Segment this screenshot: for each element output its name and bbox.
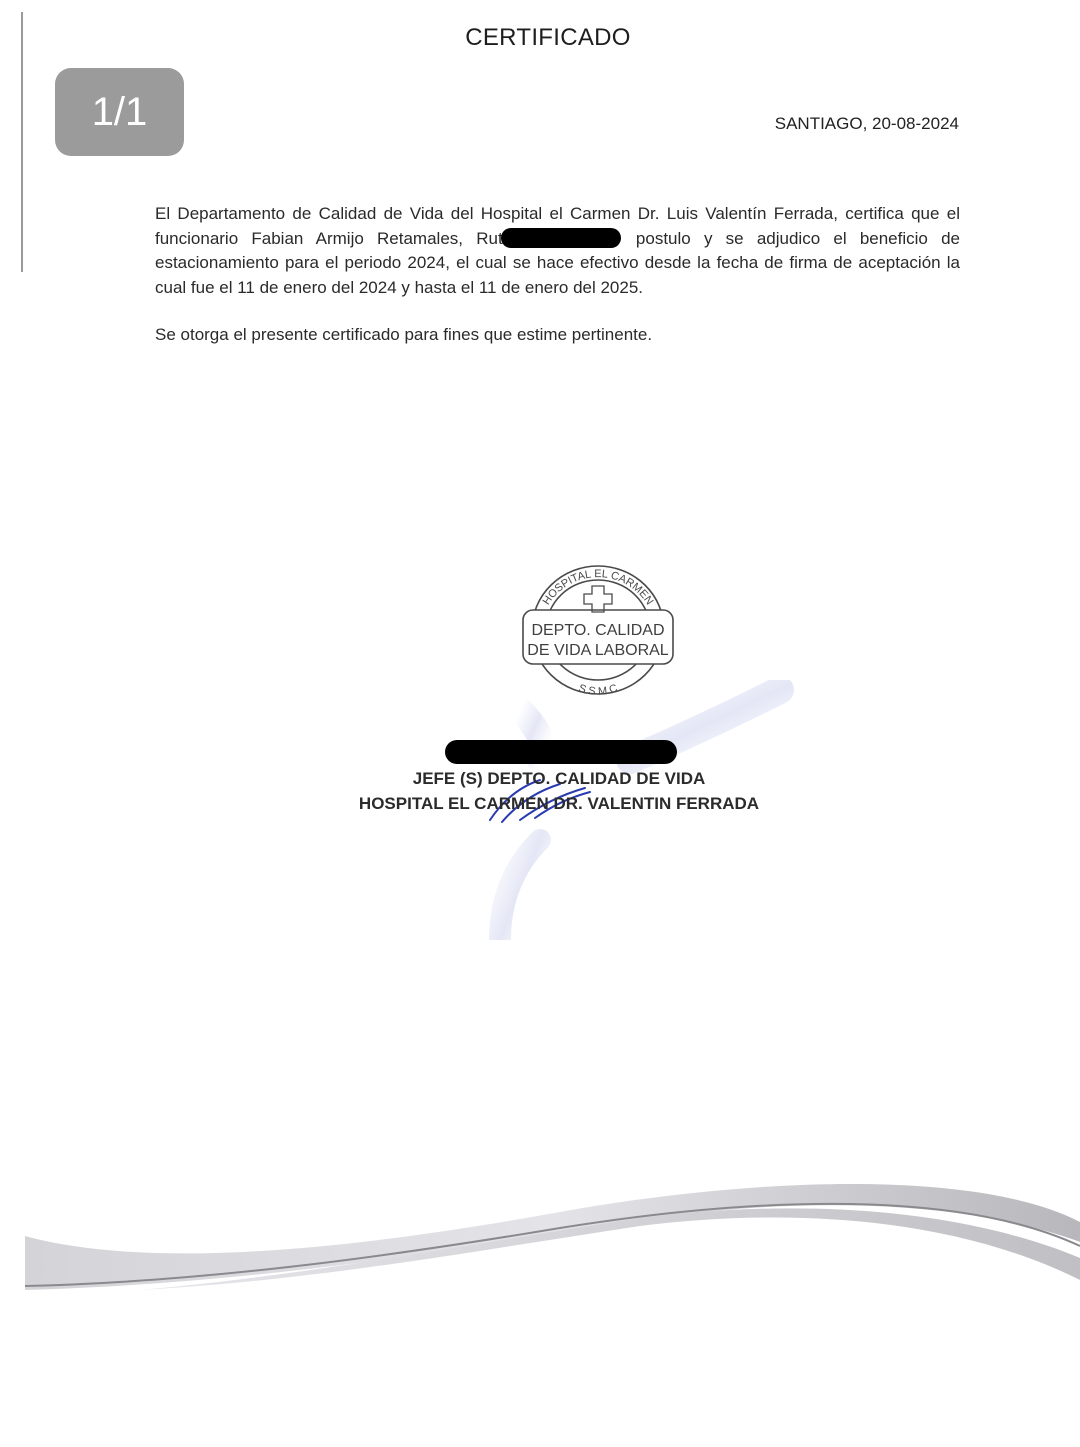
place-date: SANTIAGO, 20-08-2024 [775, 114, 959, 134]
stamp-line-1: DEPTO. CALIDAD [531, 622, 664, 639]
stamp-arc-top: HOSPITAL EL CARMEN [541, 568, 656, 607]
page-indicator-text: 1/1 [92, 90, 148, 135]
stamp-arc-bottom: S.S M.C [577, 682, 619, 698]
cross-emblem-icon [584, 586, 612, 612]
footer-swoosh-decoration [0, 1150, 1080, 1310]
certificate-body: El Departamento de Calidad de Vida del H… [155, 202, 960, 300]
signatory-title: JEFE (S) DEPTO. CALIDAD DE VIDA [0, 766, 1080, 791]
page-indicator-badge: 1/1 [55, 68, 184, 156]
body-paragraph: El Departamento de Calidad de Vida del H… [155, 202, 960, 300]
svg-text:S.S M.C: S.S M.C [577, 682, 619, 698]
stamp-line-2: DE VIDA LABORAL [527, 642, 668, 659]
document-title: CERTIFICADO [0, 24, 1080, 52]
signatory-institution: HOSPITAL EL CARMEN DR. VALENTIN FERRADA [0, 791, 1080, 816]
signature-block: JEFE (S) DEPTO. CALIDAD DE VIDA HOSPITAL… [0, 766, 1080, 816]
closing-sentence: Se otorga el presente certificado para f… [155, 325, 652, 345]
svg-text:HOSPITAL EL CARMEN: HOSPITAL EL CARMEN [541, 568, 656, 607]
department-stamp: HOSPITAL EL CARMEN DEPTO. CALIDAD DE VID… [518, 558, 678, 698]
signatory-name-redaction [445, 740, 677, 764]
rut-redaction [501, 228, 621, 248]
